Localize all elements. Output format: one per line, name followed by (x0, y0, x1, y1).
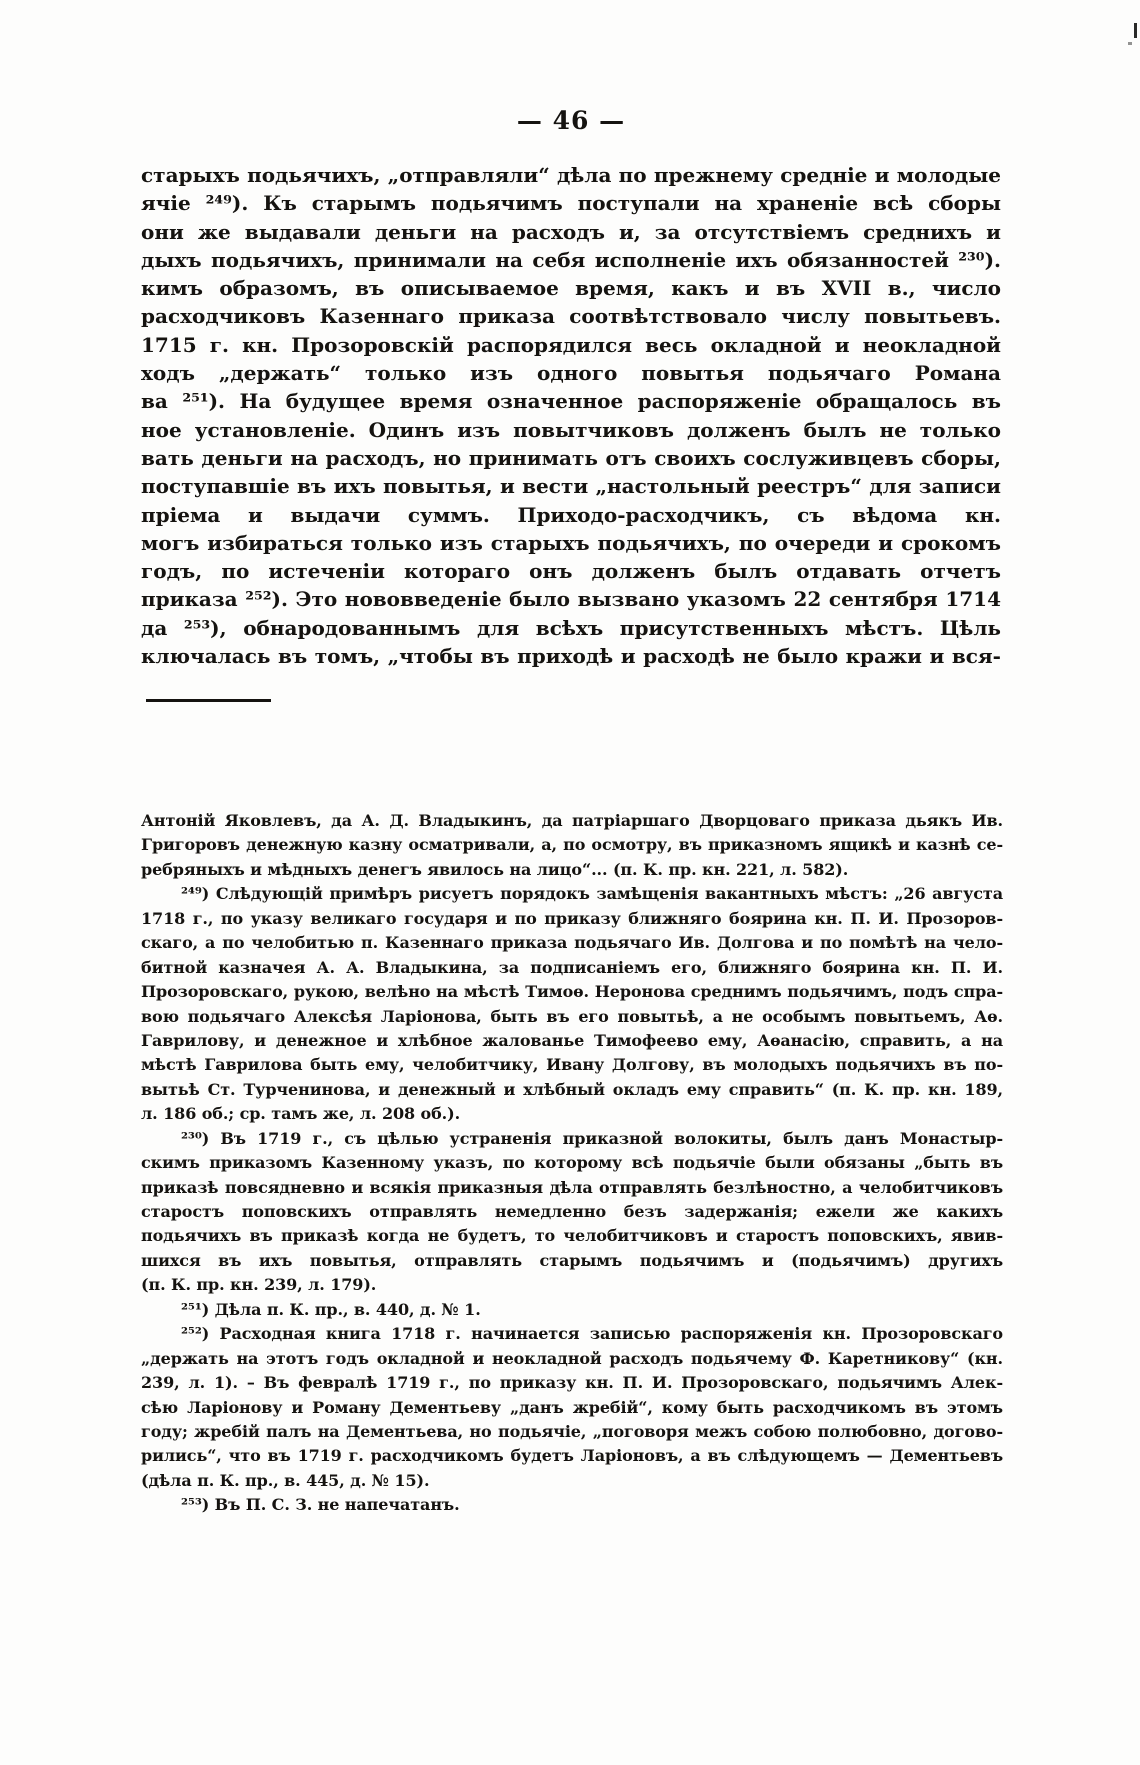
page-number: — 46 — (141, 106, 1001, 135)
footnote-text-line: „держать на этотъ годъ окладной и неокла… (141, 1347, 1003, 1371)
body-text-line: вать деньги на расходъ, но принимать отъ… (141, 444, 1001, 472)
footnote-text-line: (п. К. пр. кн. 239, л. 179). (141, 1273, 1003, 1297)
footnote-text-line: вою подьячаго Алексѣя Ларіонова, быть въ… (141, 1005, 1003, 1029)
footnote-text-line: ²⁵²) Расходная книга 1718 г. начинается … (141, 1322, 1003, 1346)
body-text-line: кимъ образомъ, въ описываемое время, как… (141, 274, 1001, 302)
body-text-line: поступавшіе въ ихъ повытья, и вести „нас… (141, 472, 1001, 500)
footnote-text-line: ребряныхъ и мѣдныхъ денегъ явилось на ли… (141, 858, 1003, 882)
footnote-text-line: приказѣ повсядневно и всякія приказныя д… (141, 1176, 1003, 1200)
footnote-text-line: (дѣла п. К. пр., в. 445, д. № 15). (141, 1469, 1003, 1493)
footnote-text-line: сѣю Ларіонову и Роману Дементьеву „данъ … (141, 1396, 1003, 1420)
footnote-text-line: л. 186 об.; ср. тамъ же, л. 208 об.). (141, 1102, 1003, 1126)
footnotes-block: Антоній Яковлевъ, да А. Д. Владыкинъ, да… (141, 809, 1003, 1518)
scan-artifact-mark (1134, 23, 1137, 38)
footnote-text-line: Прозоровскаго, рукою, велѣно на мѣстѣ Ти… (141, 980, 1003, 1004)
footnote-text-line: Григоровъ денежную казну осматривали, а,… (141, 833, 1003, 857)
body-text-line: да ²⁵³), обнародованнымъ для всѣхъ прису… (141, 614, 1001, 642)
body-text-line: годъ, по истеченіи котораго онъ долженъ … (141, 557, 1001, 585)
footnote-text-line: шихся въ ихъ повытья, отправлять старымъ… (141, 1249, 1003, 1273)
main-text-block: старыхъ подьячихъ, „отправляли“ дѣла по … (141, 161, 1001, 670)
footnote-text-line: подьячихъ въ приказѣ когда не будетъ, то… (141, 1224, 1003, 1248)
footnote-text-line: году; жребій палъ на Дементьева, но подь… (141, 1420, 1003, 1444)
footnote-text-line: 1718 г., по указу великаго государя и по… (141, 907, 1003, 931)
footnote-text-line: битной казначея А. А. Владыкина, за подп… (141, 956, 1003, 980)
body-text-line: 1715 г. кн. Прозоровскій распорядился ве… (141, 331, 1001, 359)
body-text-line: ва ²⁵¹). На будущее время означенное рас… (141, 387, 1001, 415)
body-text-line: расходчиковъ Казеннаго приказа соотвѣтст… (141, 302, 1001, 330)
footnote-text-line: ²⁵³) Въ П. С. З. не напечатанъ. (141, 1493, 1003, 1517)
body-text-line: приказа ²⁵²). Это нововведеніе было вызв… (141, 585, 1001, 613)
footnote-text-line: скимъ приказомъ Казенному указъ, по кото… (141, 1151, 1003, 1175)
body-text-line: ное установленіе. Одинъ изъ повытчиковъ … (141, 416, 1001, 444)
scan-artifact-speck (1128, 42, 1132, 45)
footnote-separator-rule (146, 699, 271, 702)
body-text-line: старыхъ подьячихъ, „отправляли“ дѣла по … (141, 161, 1001, 189)
footnote-text-line: Гаврилову, и денежное и хлѣбное жаловань… (141, 1029, 1003, 1053)
body-text-line: пріема и выдачи суммъ. Приходо-расходчик… (141, 501, 1001, 529)
footnote-text-line: ²³⁰) Въ 1719 г., съ цѣлью устраненія при… (141, 1127, 1003, 1151)
book-page: — 46 — старыхъ подьячихъ, „отправляли“ д… (0, 0, 1140, 1765)
footnote-text-line: ²⁴⁹) Слѣдующій примѣръ рисуетъ порядокъ … (141, 882, 1003, 906)
footnote-text-line: мѣстѣ Гаврилова быть ему, челобитчику, И… (141, 1053, 1003, 1077)
footnote-text-line: рились“, что въ 1719 г. расходчикомъ буд… (141, 1444, 1003, 1468)
footnote-text-line: скаго, а по челобитью п. Казеннаго прика… (141, 931, 1003, 955)
body-text-line: дыхъ подьячихъ, принимали на себя исполн… (141, 246, 1001, 274)
footnote-text-line: ²⁵¹) Дѣла п. К. пр., в. 440, д. № 1. (141, 1298, 1003, 1322)
body-text-line: могъ избираться только изъ старыхъ подья… (141, 529, 1001, 557)
footnote-text-line: Антоній Яковлевъ, да А. Д. Владыкинъ, да… (141, 809, 1003, 833)
footnote-text-line: старостъ поповскихъ отправлять немедленн… (141, 1200, 1003, 1224)
body-text-line: ключалась въ томъ, „чтобы въ приходѣ и р… (141, 642, 1001, 670)
body-text-line: они же выдавали деньги на расходъ и, за … (141, 218, 1001, 246)
footnote-text-line: вытьѣ Ст. Турченинова, и денежный и хлѣб… (141, 1078, 1003, 1102)
footnote-text-line: 239, л. 1). – Въ февралѣ 1719 г., по при… (141, 1371, 1003, 1395)
body-text-line: ходъ „держать“ только изъ одного повытья… (141, 359, 1001, 387)
body-text-line: ячіе ²⁴⁹). Къ старымъ подьячимъ поступал… (141, 189, 1001, 217)
